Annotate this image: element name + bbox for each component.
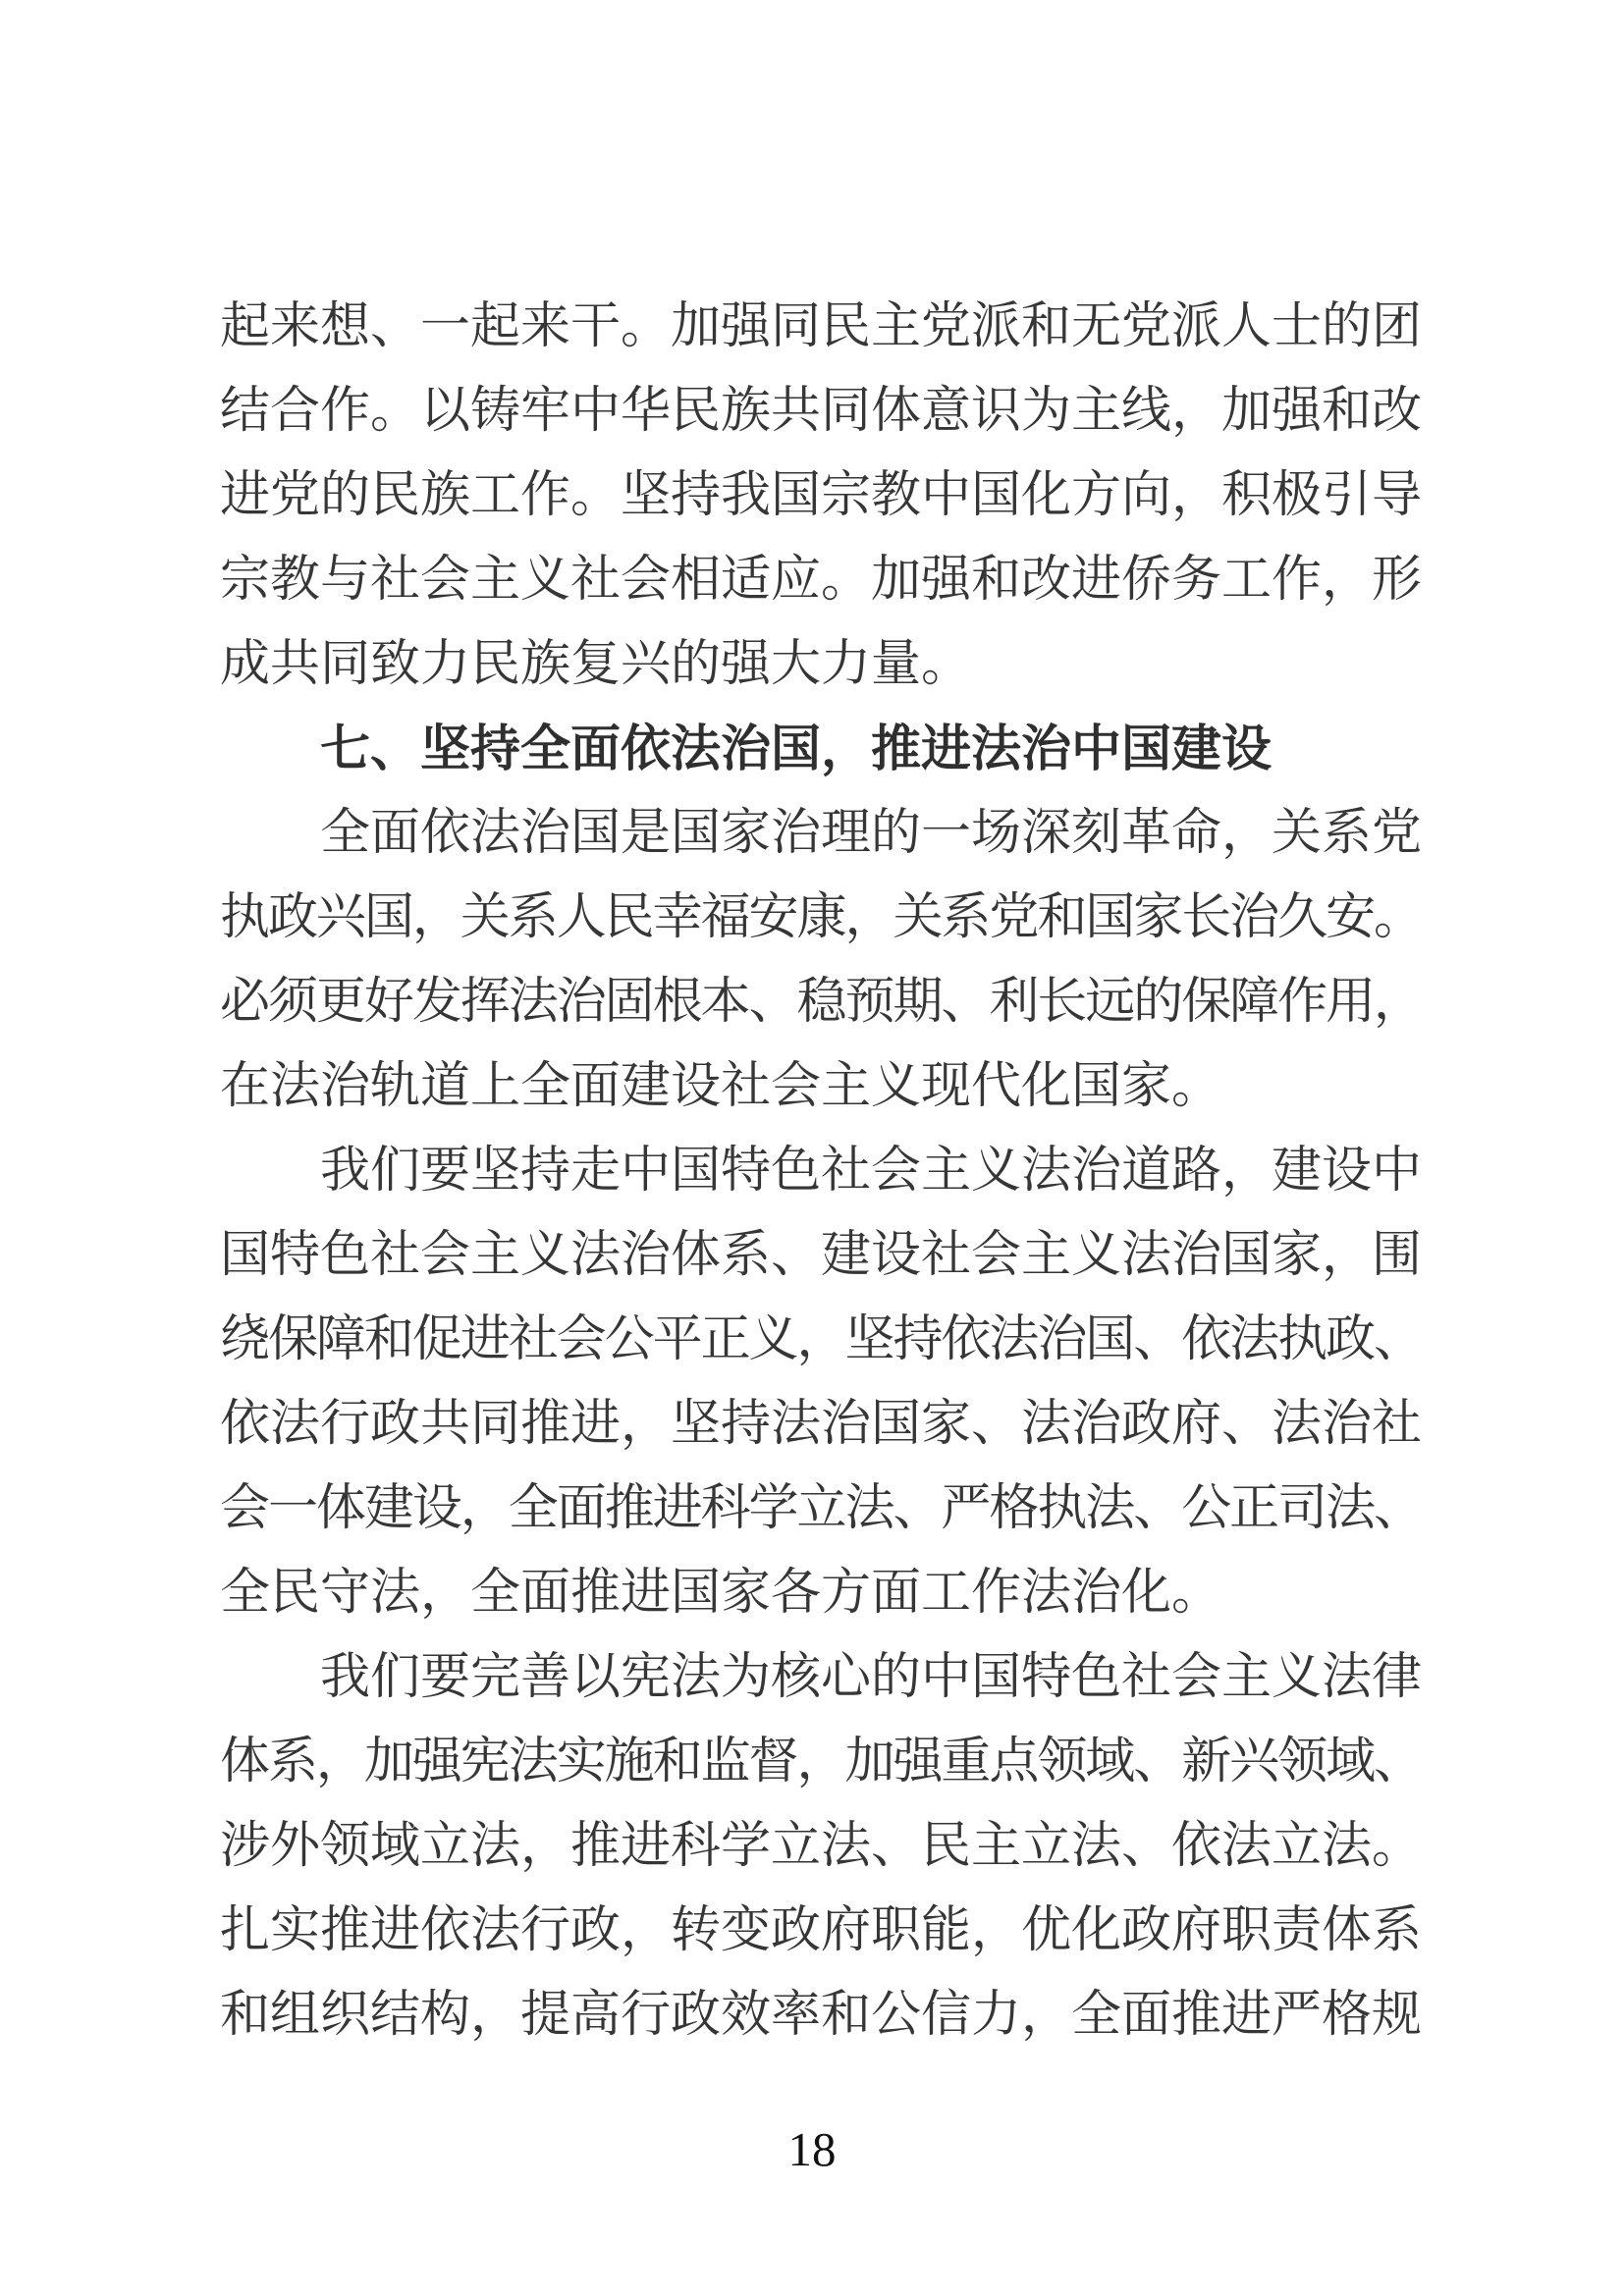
text-line: 国特色社会主义法治体系、建设社会主义法治国家，围 [220, 1213, 1422, 1298]
text-line: 进党的民族工作。坚持我国宗教中国化方向，积极引导 [220, 454, 1422, 538]
text-line: 成共同致力民族复兴的强大力量。 [220, 622, 1422, 707]
text-line: 涉外领域立法，推进科学立法、民主立法、依法立法。 [220, 1804, 1422, 1889]
text-line: 结合作。以铸牢中华民族共同体意识为主线，加强和改 [220, 369, 1422, 454]
text-line: 全面依法治国是国家治理的一场深刻革命，关系党 [220, 791, 1422, 876]
text-line: 依法行政共同推进，坚持法治国家、法治政府、法治社 [220, 1382, 1422, 1467]
text-line: 起来想、一起来干。加强同民主党派和无党派人士的团 [220, 285, 1422, 369]
document-body: 起来想、一起来干。加强同民主党派和无党派人士的团结合作。以铸牢中华民族共同体意识… [220, 285, 1422, 2057]
section-heading: 七、坚持全面依法治国，推进法治中国建设 [220, 707, 1422, 791]
document-page: 起来想、一起来干。加强同民主党派和无党派人士的团结合作。以铸牢中华民族共同体意识… [0, 0, 1624, 2296]
text-line: 全民守法，全面推进国家各方面工作法治化。 [220, 1551, 1422, 1635]
text-line: 我们要完善以宪法为核心的中国特色社会主义法律 [220, 1635, 1422, 1720]
text-line: 绕保障和促进社会公平正义，坚持依法治国、依法执政、 [220, 1298, 1422, 1382]
text-line: 在法治轨道上全面建设社会主义现代化国家。 [220, 1044, 1422, 1129]
text-line: 执政兴国，关系人民幸福安康，关系党和国家长治久安。 [220, 876, 1422, 960]
text-line: 会一体建设，全面推进科学立法、严格执法、公正司法、 [220, 1467, 1422, 1551]
page-number: 18 [0, 2120, 1624, 2179]
text-line: 我们要坚持走中国特色社会主义法治道路，建设中 [220, 1129, 1422, 1213]
text-line: 和组织结构，提高行政效率和公信力，全面推进严格规 [220, 1973, 1422, 2057]
text-line: 体系，加强宪法实施和监督，加强重点领域、新兴领域、 [220, 1720, 1422, 1804]
text-line: 宗教与社会主义社会相适应。加强和改进侨务工作，形 [220, 538, 1422, 622]
text-line: 必须更好发挥法治固根本、稳预期、利长远的保障作用， [220, 960, 1422, 1044]
text-line: 扎实推进依法行政，转变政府职能，优化政府职责体系 [220, 1889, 1422, 1973]
